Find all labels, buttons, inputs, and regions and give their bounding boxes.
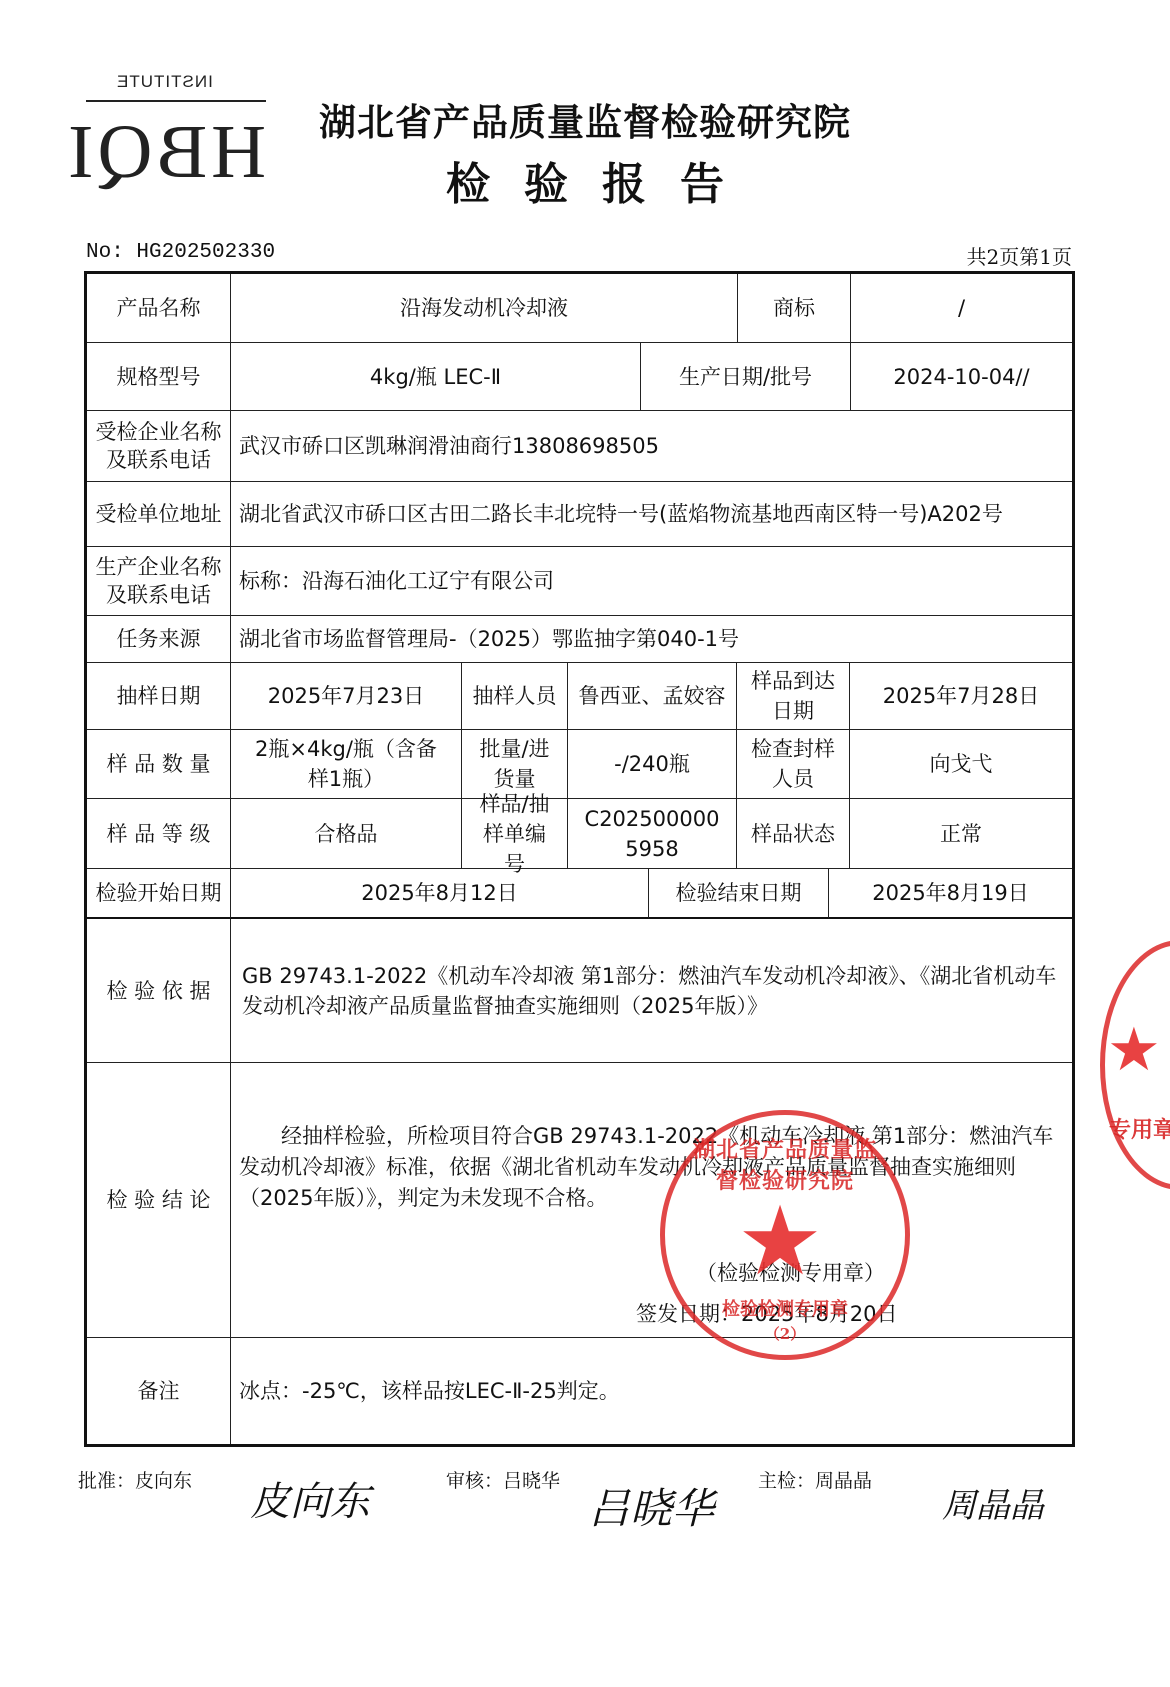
sample-quantity-label: 样 品 数 量 <box>87 730 231 799</box>
end-date-value: 2025年8月19日 <box>829 869 1072 919</box>
edge-seal: ★ 专用章 <box>1100 940 1170 1190</box>
sample-quantity-value: 2瓶×4kg/瓶（含备样1瓶） <box>231 730 462 799</box>
inspector-signature: 周晶晶 <box>942 1478 1044 1527</box>
basis-cell: GB 29743.1-2022《机动车冷却液 第1部分：燃油汽车发动机冷却液》、… <box>231 919 1072 1063</box>
production-date-label: 生产日期/批号 <box>641 343 851 411</box>
conclusion-cell: 经抽样检验，所检项目符合GB 29743.1-2022《机动车冷却液 第1部分：… <box>231 1063 1072 1338</box>
batch-quantity-value: -/240瓶 <box>568 730 737 799</box>
manufacturer-value: 标称：沿海石油化工辽宁有限公司 <box>231 547 1072 616</box>
sample-state-value: 正常 <box>850 799 1072 869</box>
spec-value: 4kg/瓶 LEC-Ⅱ <box>231 343 641 411</box>
remarks-label: 备注 <box>87 1338 231 1444</box>
edge-seal-star-icon: ★ <box>1107 1015 1161 1085</box>
edge-seal-text: 专用章 <box>1109 1113 1170 1144</box>
inspected-company-label-line2: 及联系电话 <box>106 446 211 474</box>
sample-grade-value: 合格品 <box>231 799 462 869</box>
sampler-label: 抽样人员 <box>462 663 568 730</box>
report-number-label: No: <box>86 241 124 264</box>
product-name-label: 产品名称 <box>87 274 231 343</box>
trademark-label: 商标 <box>738 274 851 343</box>
start-date-value: 2025年8月12日 <box>231 869 649 919</box>
manufacturer-label: 生产企业名称 及联系电话 <box>87 547 231 616</box>
approver-label: 批准：皮向东 <box>78 1466 192 1493</box>
conclusion-text: 经抽样检验，所检项目符合GB 29743.1-2022《机动车冷却液 第1部分：… <box>231 1121 1072 1214</box>
approver-signature: 皮向东 <box>250 1470 370 1527</box>
product-name-value: 沿海发动机冷却液 <box>231 274 738 343</box>
sample-number-label: 样品/抽样单编号 <box>462 799 568 869</box>
inspected-address-label: 受检单位地址 <box>87 482 231 547</box>
manufacturer-label-line2: 及联系电话 <box>106 581 211 609</box>
manufacturer-label-line1: 生产企业名称 <box>96 553 222 581</box>
basis-label: 检 验 依 据 <box>87 919 231 1063</box>
arrival-date-value: 2025年7月28日 <box>850 663 1072 730</box>
sampling-date-value: 2025年7月23日 <box>231 663 462 730</box>
reviewer-label: 审核：吕晓华 <box>446 1466 560 1493</box>
inspector-label: 主检：周晶晶 <box>758 1466 872 1493</box>
page-info: 共2页第1页 <box>967 241 1072 270</box>
inspected-address-value: 湖北省武汉市硚口区古田二路长丰北垸特一号(蓝焰物流基地西南区特一号)A202号 <box>231 482 1072 547</box>
seal-inspector-value: 向戈弋 <box>850 730 1072 799</box>
organization-title: 湖北省产品质量监督检验研究院 <box>0 92 1170 146</box>
task-source-label: 任务来源 <box>87 616 231 663</box>
seal-inspector-label: 检查封样人员 <box>737 730 850 799</box>
sample-state-label: 样品状态 <box>737 799 850 869</box>
spec-label: 规格型号 <box>87 343 231 411</box>
inspected-company-value: 武汉市硚口区凯琳润滑油商行13808698505 <box>231 411 1072 482</box>
report-number-value: HG202502330 <box>136 241 275 264</box>
conclusion-label: 检 验 结 论 <box>87 1063 231 1338</box>
reviewer-signature: 吕晓华 <box>588 1476 714 1536</box>
sample-grade-label: 样 品 等 级 <box>87 799 231 869</box>
trademark-value: / <box>851 274 1072 343</box>
logo-top-text: INSTITUTE <box>116 72 213 92</box>
inspected-company-label-line1: 受检企业名称 <box>96 418 222 446</box>
inspection-table: 产品名称 沿海发动机冷却液 商标 / 规格型号 4kg/瓶 LEC-Ⅱ 生产日期… <box>84 271 1075 1447</box>
start-date-label: 检验开始日期 <box>87 869 231 919</box>
document-title: 检验报告 <box>0 148 1170 212</box>
task-source-value: 湖北省市场监督管理局-（2025）鄂监抽字第040-1号 <box>231 616 1072 663</box>
issue-date: 签发日期：2025年8月20日 <box>636 1299 898 1329</box>
inspected-company-label: 受检企业名称 及联系电话 <box>87 411 231 482</box>
sample-number-value: C2025000005958 <box>568 799 737 869</box>
end-date-label: 检验结束日期 <box>649 869 829 919</box>
remarks-value: 冰点：-25℃，该样品按LEC-Ⅱ-25判定。 <box>231 1338 1072 1444</box>
sampler-value: 鲁西亚、孟姣容 <box>568 663 737 730</box>
basis-text: GB 29743.1-2022《机动车冷却液 第1部分：燃油汽车发动机冷却液》、… <box>234 961 1069 1021</box>
report-number: No: HG202502330 <box>86 241 275 264</box>
sampling-date-label: 抽样日期 <box>87 663 231 730</box>
stamp-caption: （检验检测专用章） <box>696 1258 885 1288</box>
arrival-date-label: 样品到达日期 <box>737 663 850 730</box>
production-date-value: 2024-10-04// <box>851 343 1072 411</box>
